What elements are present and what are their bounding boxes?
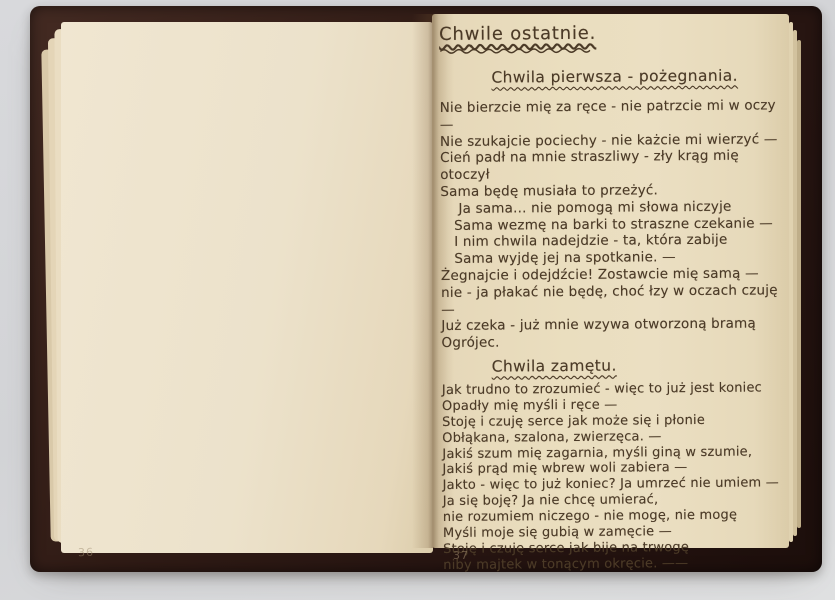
manuscript-title: Chwile ostatnie. — [439, 23, 596, 45]
poem-heading: Chwila pierwsza - pożegnania. — [491, 67, 738, 87]
poem-line: Jakto - więc to już koniec? Ja umrzeć ni… — [443, 476, 791, 495]
poem-line: Już czeka - już mnie wzywa otworzoną bra… — [441, 316, 789, 352]
page-number-right: 37 — [453, 549, 469, 562]
poem-line: Jakiś szum mię zagarnia, myśli giną w sz… — [442, 444, 790, 463]
left-blank-page — [61, 22, 433, 553]
poem-lines: Jak trudno to zrozumieć - więc to już je… — [442, 380, 791, 574]
page-edge — [797, 40, 801, 528]
book-photo: Chwile ostatnie. Chwila pierwsza - pożeg… — [0, 0, 835, 600]
poem-line: Sama wezmę na barki to straszne czekanie… — [441, 215, 789, 235]
poem-lines: Nie bierzcie mię za ręce - nie patrzcie … — [440, 97, 790, 352]
manuscript-text: Chwile ostatnie. Chwila pierwsza - pożeg… — [439, 21, 791, 574]
poem-line: nie - ja płakać nie będę, choć łzy w ocz… — [441, 282, 789, 318]
page-number-left: 36 — [78, 546, 94, 560]
poem-line: niby majtek w tonącym okręcie. —— — [443, 555, 791, 574]
poem-line: Nie bierzcie mię za ręce - nie patrzcie … — [440, 97, 788, 133]
poem-heading: Chwila zamętu. — [492, 357, 617, 376]
poem-line: Jak trudno to zrozumieć - więc to już je… — [442, 380, 790, 399]
wavy-underline — [440, 47, 590, 55]
poem-line: Cień padł na mnie straszliwy - zły krąg … — [440, 148, 788, 184]
